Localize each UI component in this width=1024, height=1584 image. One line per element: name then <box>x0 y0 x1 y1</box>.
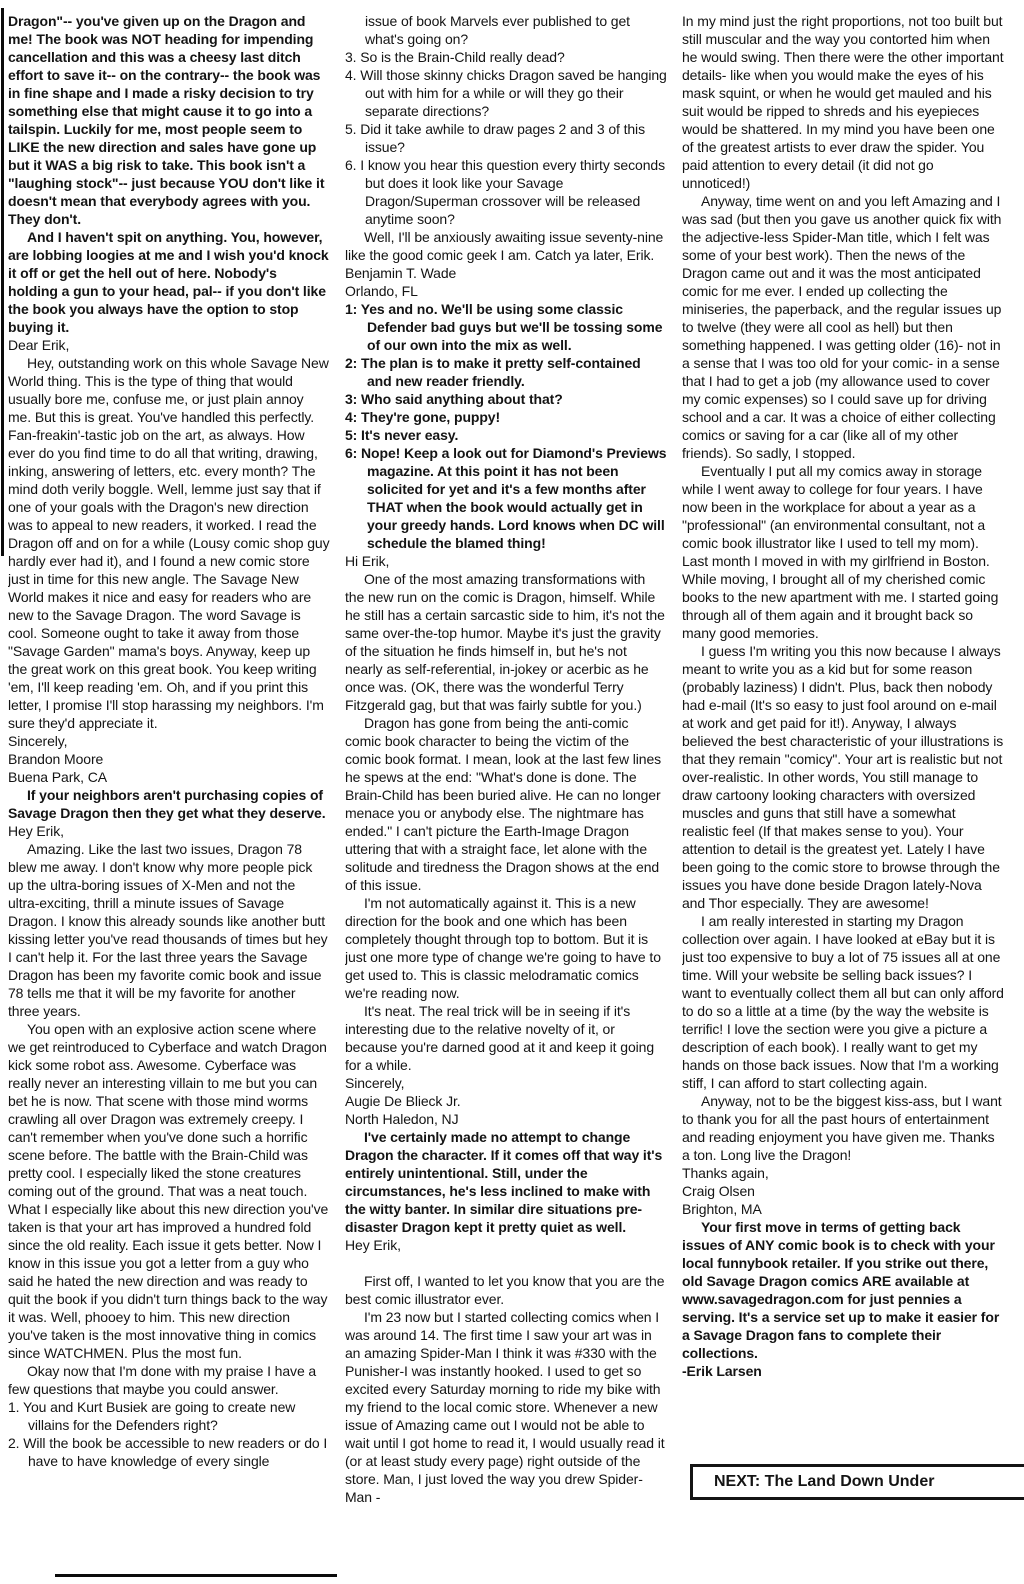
signature-line: Sincerely, <box>8 732 330 750</box>
question-list-item: 5. Did it take awhile to draw pages 2 an… <box>345 120 667 156</box>
letter-paragraph: It's neat. The real trick will be in see… <box>345 1002 667 1074</box>
letter-paragraph: Anyway, time went on and you left Amazin… <box>682 192 1004 462</box>
signature-line: Orlando, FL <box>345 282 667 300</box>
editor-response-item: 5: It's never easy. <box>345 426 667 444</box>
letter-paragraph: Eventually I put all my comics away in s… <box>682 462 1004 642</box>
next-issue-banner: NEXT: The Land Down Under <box>690 1464 1024 1500</box>
letter-paragraph: Amazing. Like the last two issues, Drago… <box>8 840 330 1020</box>
letter-salutation: Hey Erik, <box>8 822 330 840</box>
letter-paragraph: I'm 23 now but I started collecting comi… <box>345 1308 667 1506</box>
text-column-1: Dragon"-- you've given up on the Dragon … <box>8 12 330 1578</box>
signature-line: Thanks again, <box>682 1164 1004 1182</box>
question-list-item: 6. I know you hear this question every t… <box>345 156 667 228</box>
letter-salutation: Hey Erik, <box>345 1236 667 1254</box>
editor-response: And I haven't spit on anything. You, how… <box>8 228 330 336</box>
editor-response-item: 6: Nope! Keep a look out for Diamond's P… <box>345 444 667 552</box>
question-list-continuation: issue of book Marvels ever published to … <box>345 12 667 48</box>
editor-byline: -Erik Larsen <box>682 1362 1004 1380</box>
text-column-3: In my mind just the right proportions, n… <box>682 12 1004 1578</box>
letter-paragraph: In my mind just the right proportions, n… <box>682 12 1004 192</box>
editor-response-item: 3: Who said anything about that? <box>345 390 667 408</box>
editor-response-item: 2: The plan is to make it pretty self-co… <box>345 354 667 390</box>
editor-response: Your first move in terms of getting back… <box>682 1218 1004 1362</box>
letter-paragraph: Okay now that I'm done with my praise I … <box>8 1362 330 1398</box>
editor-response: I've certainly made no attempt to change… <box>345 1128 667 1236</box>
letter-paragraph: First off, I wanted to let you know that… <box>345 1272 667 1308</box>
question-list-item: 1. You and Kurt Busiek are going to crea… <box>8 1398 330 1434</box>
letter-paragraph: I guess I'm writing you this now because… <box>682 642 1004 912</box>
editor-response: If your neighbors aren't purchasing copi… <box>8 786 330 822</box>
question-list-item: 4. Will those skinny chicks Dragon saved… <box>345 66 667 120</box>
signature-line: Buena Park, CA <box>8 768 330 786</box>
editor-response: Dragon"-- you've given up on the Dragon … <box>8 12 330 228</box>
question-list-item: 2. Will the book be accessible to new re… <box>8 1434 330 1470</box>
next-issue-label: NEXT: The Land Down Under <box>714 1473 934 1491</box>
signature-block: Sincerely,Brandon MooreBuena Park, CA <box>8 732 330 786</box>
letter-salutation: Hi Erik, <box>345 552 667 570</box>
text-columns: Dragon"-- you've given up on the Dragon … <box>0 0 1024 1578</box>
editor-response-item: 1: Yes and no. We'll be using some class… <box>345 300 667 354</box>
signature-block: Benjamin T. WadeOrlando, FL <box>345 264 667 300</box>
signature-line: Brandon Moore <box>8 750 330 768</box>
signature-block: Sincerely,Augie De Blieck Jr.North Haled… <box>345 1074 667 1128</box>
letter-paragraph: Hey, outstanding work on this whole Sava… <box>8 354 330 732</box>
letter-paragraph: You open with an explosive action scene … <box>8 1020 330 1362</box>
letter-salutation: Dear Erik, <box>8 336 330 354</box>
letter-paragraph: Anyway, not to be the biggest kiss-ass, … <box>682 1092 1004 1164</box>
editor-response-item: 4: They're gone, puppy! <box>345 408 667 426</box>
signature-line: North Haledon, NJ <box>345 1110 667 1128</box>
signature-line: Benjamin T. Wade <box>345 264 667 282</box>
signature-line: Augie De Blieck Jr. <box>345 1092 667 1110</box>
letter-paragraph: I'm not automatically against it. This i… <box>345 894 667 1002</box>
spacer <box>345 1254 667 1272</box>
signature-line: Craig Olsen <box>682 1182 1004 1200</box>
text-column-2: issue of book Marvels ever published to … <box>345 12 667 1578</box>
scan-edge-artifact-left <box>1 8 4 556</box>
letter-paragraph: Well, I'll be anxiously awaiting issue s… <box>345 228 667 264</box>
letter-paragraph: I am really interested in starting my Dr… <box>682 912 1004 1092</box>
signature-line: Sincerely, <box>345 1074 667 1092</box>
letters-page: Dragon"-- you've given up on the Dragon … <box>0 0 1024 1584</box>
scan-edge-artifact-bottom <box>55 1574 337 1577</box>
signature-block: Thanks again,Craig OlsenBrighton, MA <box>682 1164 1004 1218</box>
letter-paragraph: One of the most amazing transformations … <box>345 570 667 714</box>
signature-line: Brighton, MA <box>682 1200 1004 1218</box>
letter-paragraph: Dragon has gone from being the anti-comi… <box>345 714 667 894</box>
question-list-item: 3. So is the Brain-Child really dead? <box>345 48 667 66</box>
